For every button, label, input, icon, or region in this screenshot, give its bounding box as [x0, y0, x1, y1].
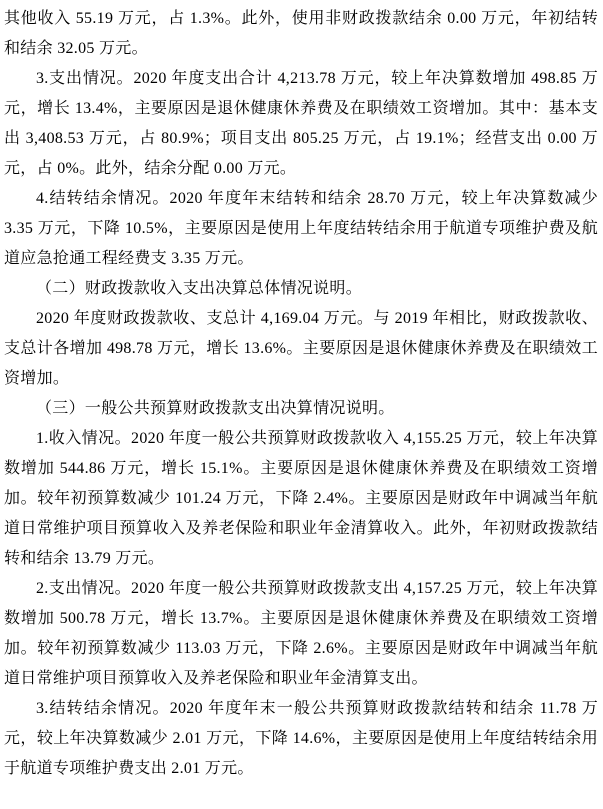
paragraph-income-situation: 1.收入情况。2020 年度一般公共预算财政拨款收入 4,155.25 万元，较…: [4, 424, 598, 574]
document-page: 其他收入 55.19 万元，占 1.3%。此外，使用非财政拨款结余 0.00 万…: [0, 0, 603, 809]
paragraph-expenditure-situation: 3.支出情况。2020 年度支出合计 4,213.78 万元，较上年决算数增加 …: [4, 64, 598, 184]
section-heading-3-general-public-budget: （三）一般公共预算财政拨款支出决算情况说明。: [4, 394, 598, 424]
paragraph-budget-expenditure-situation: 2.支出情况。2020 年度一般公共预算财政拨款支出 4,157.25 万元，较…: [4, 574, 598, 694]
paragraph-budget-carryover-situation: 3.结转结余情况。2020 年度年末一般公共预算财政拨款结转和结余 11.78 …: [4, 694, 598, 784]
paragraph-other-income-continuation: 其他收入 55.19 万元，占 1.3%。此外，使用非财政拨款结余 0.00 万…: [4, 4, 598, 64]
paragraph-fiscal-appropriation-total: 2020 年度财政拨款收、支总计 4,169.04 万元。与 2019 年相比，…: [4, 304, 598, 394]
paragraph-carryover-balance-situation: 4.结转结余情况。2020 年度年末结转和结余 28.70 万元，较上年决算数减…: [4, 184, 598, 274]
section-heading-2-fiscal-appropriation-overview: （二）财政拨款收入支出决算总体情况说明。: [4, 274, 598, 304]
